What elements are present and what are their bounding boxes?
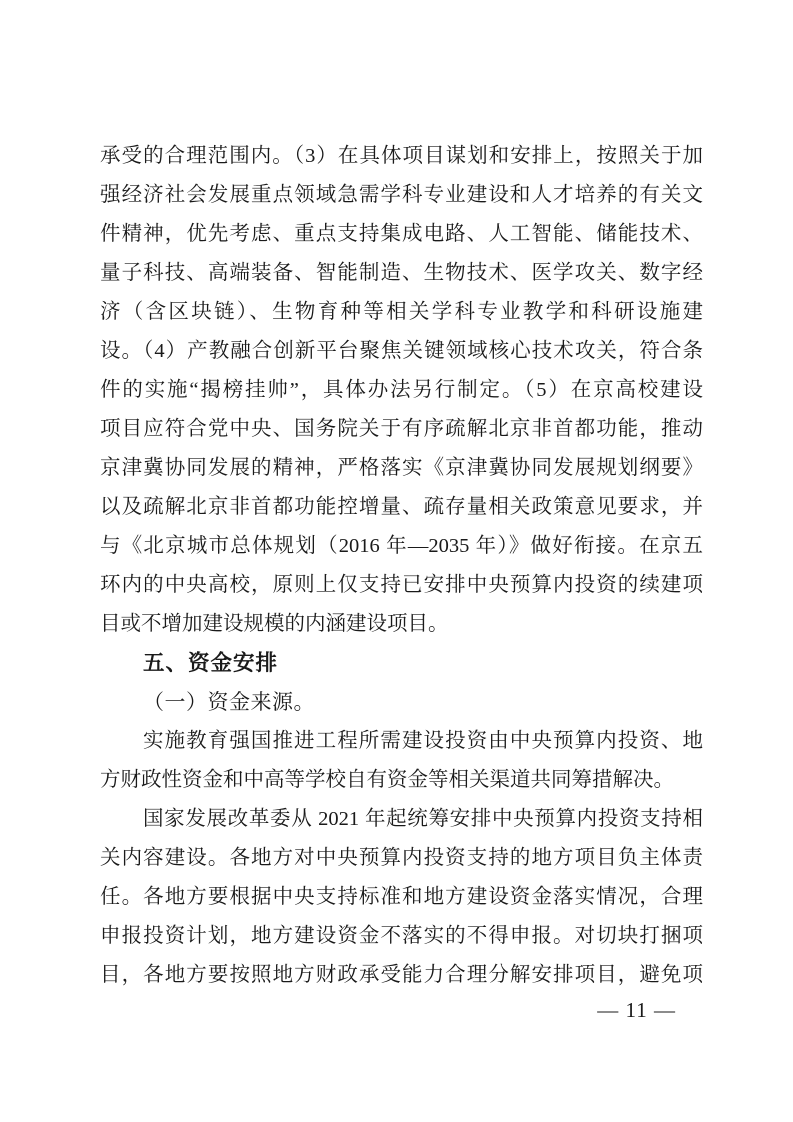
text-line: 强经济社会发展重点领域急需学科专业建设和人才培养的有关文 (100, 176, 703, 215)
text-line: 关内容建设。各地方对中央预算内投资支持的地方项目负主体责 (100, 839, 703, 878)
text-line: 件精神，优先考虑、重点支持集成电路、人工智能、储能技术、 (100, 215, 703, 254)
text-line: 项目应符合党中央、国务院关于有序疏解北京非首都功能，推动 (100, 410, 703, 449)
text-line: 与《北京城市总体规划（2016 年—2035 年）》做好衔接。在京五 (100, 527, 703, 566)
text-line: 件的实施“揭榜挂帅”，具体办法另行制定。（5）在京高校建设 (100, 371, 703, 410)
text-line: 实施教育强国推进工程所需建设投资由中央预算内投资、地 (100, 722, 703, 761)
text-line: 承受的合理范围内。（3）在具体项目谋划和安排上，按照关于加 (100, 137, 703, 176)
text-line: 五、资金安排 (100, 644, 703, 683)
page-number: — 11 — (597, 997, 676, 1023)
section-heading: 五、资金安排 (100, 644, 703, 683)
text-line: （一）资金来源。 (100, 683, 703, 722)
paragraph-continuation: 承受的合理范围内。（3）在具体项目谋划和安排上，按照关于加强经济社会发展重点领域… (100, 137, 703, 644)
document-content: 承受的合理范围内。（3）在具体项目谋划和安排上，按照关于加强经济社会发展重点领域… (100, 137, 703, 995)
text-line: 目，各地方要按照地方财政承受能力合理分解安排项目，避免项 (100, 956, 703, 995)
paragraph-funding-sources: 实施教育强国推进工程所需建设投资由中央预算内投资、地方财政性资金和中高等学校自有… (100, 722, 703, 800)
subsection-heading: （一）资金来源。 (100, 683, 703, 722)
text-line: 环内的中央高校，原则上仅支持已安排中央预算内投资的续建项 (100, 566, 703, 605)
text-line: 量子科技、高端装备、智能制造、生物技术、医学攻关、数字经 (100, 254, 703, 293)
text-line: 申报投资计划，地方建设资金不落实的不得申报。对切块打捆项 (100, 917, 703, 956)
text-line: 设。（4）产教融合创新平台聚焦关键领域核心技术攻关，符合条 (100, 332, 703, 371)
text-line: 国家发展改革委从 2021 年起统筹安排中央预算内投资支持相 (100, 800, 703, 839)
text-line: 以及疏解北京非首都功能控增量、疏存量相关政策意见要求，并 (100, 488, 703, 527)
text-line: 任。各地方要根据中央支持标准和地方建设资金落实情况，合理 (100, 878, 703, 917)
text-line: 济（含区块链）、生物育种等相关学科专业教学和科研设施建 (100, 293, 703, 332)
paragraph-ndrc-arrangement: 国家发展改革委从 2021 年起统筹安排中央预算内投资支持相关内容建设。各地方对… (100, 800, 703, 995)
text-line: 目或不增加建设规模的内涵建设项目。 (100, 605, 703, 644)
text-line: 京津冀协同发展的精神，严格落实《京津冀协同发展规划纲要》 (100, 449, 703, 488)
document-page: 承受的合理范围内。（3）在具体项目谋划和安排上，按照关于加强经济社会发展重点领域… (0, 0, 793, 1122)
text-line: 方财政性资金和中高等学校自有资金等相关渠道共同筹措解决。 (100, 761, 703, 800)
